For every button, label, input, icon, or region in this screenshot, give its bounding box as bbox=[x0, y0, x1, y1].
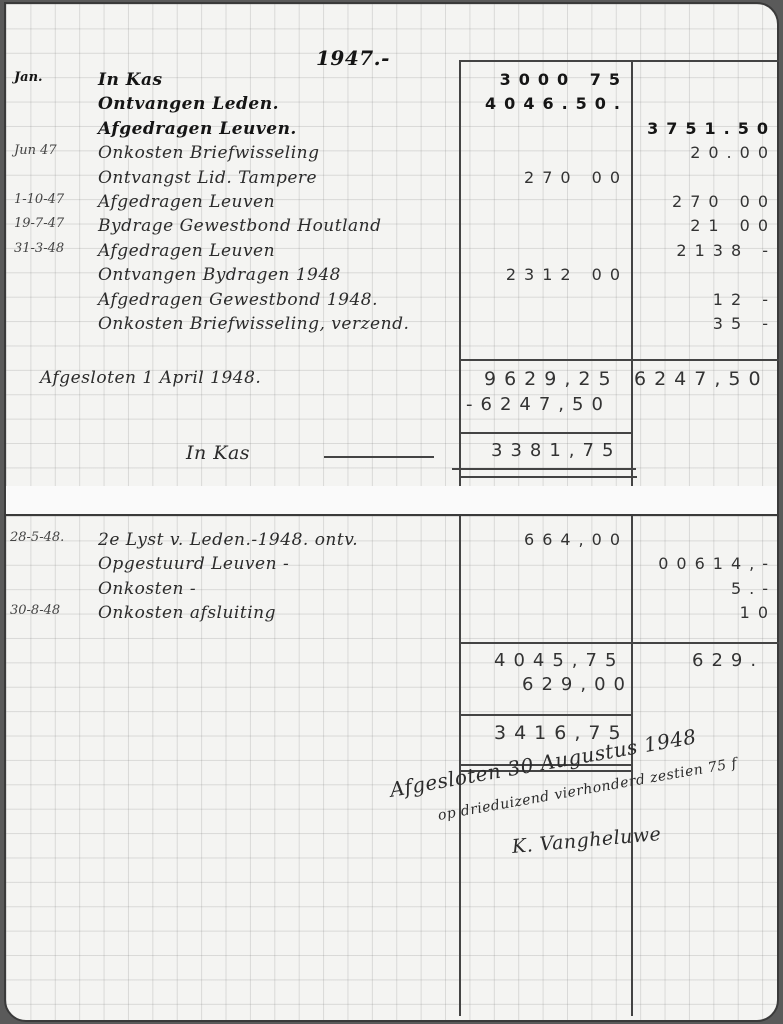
entry-credit: 20.00 bbox=[690, 143, 776, 162]
entry-date: 1-10-47 bbox=[14, 192, 64, 207]
signature: K. Vangheluwe bbox=[511, 823, 662, 858]
entry-description: Ontvangst Lid. Tampere bbox=[98, 168, 317, 188]
column-divider-credit bbox=[631, 516, 633, 1016]
double-rule-2 bbox=[459, 476, 637, 478]
entry-date: Jun 47 bbox=[14, 143, 57, 158]
entry-date: 28-5-48. bbox=[10, 530, 64, 545]
total-credit: 629. bbox=[692, 650, 764, 671]
subtraction-value: 629,00 bbox=[522, 674, 633, 695]
column-divider-debit bbox=[459, 60, 461, 510]
entry-description: Onkosten Briefwisseling, verzend. bbox=[98, 314, 409, 334]
balance-label: In Kas bbox=[186, 442, 250, 464]
double-rule-1 bbox=[452, 468, 636, 470]
balance-rule bbox=[459, 432, 631, 434]
column-divider-credit bbox=[631, 60, 633, 510]
entry-description: Afgedragen Leuven. bbox=[98, 119, 297, 139]
total-credit: 6247,50 bbox=[634, 368, 769, 390]
entry-debit: 270 00 bbox=[524, 168, 628, 187]
entry-credit: 5.- bbox=[731, 579, 776, 598]
entry-description: Bydrage Gewestbond Houtland bbox=[98, 216, 382, 236]
total-rule bbox=[459, 642, 779, 644]
entry-credit: 270 00 bbox=[672, 192, 776, 211]
entry-date: 30-8-48 bbox=[10, 603, 60, 618]
balance-leader-line bbox=[324, 456, 434, 458]
entry-debit: 664,00 bbox=[524, 530, 628, 549]
entry-credit: 21 00 bbox=[690, 216, 776, 235]
total-debit: 4045,75 bbox=[494, 650, 624, 671]
entry-credit: 2138 - bbox=[676, 241, 776, 260]
entry-credit: 10 bbox=[740, 603, 776, 622]
entry-description: Ontvangen Leden. bbox=[98, 94, 279, 114]
total-rule bbox=[459, 359, 779, 361]
entry-description: In Kas bbox=[98, 70, 163, 90]
total-debit: 9629,25 bbox=[484, 368, 619, 390]
entry-debit: 4046.50. bbox=[485, 94, 628, 113]
entry-description: 2e Lyst v. Leden.-1948. ontv. bbox=[98, 530, 358, 550]
entry-date: 31-3-48 bbox=[14, 241, 64, 256]
entry-credit: 3751.50 bbox=[647, 119, 776, 138]
entry-description: Ontvangen Bydragen 1948 bbox=[98, 265, 341, 285]
entry-description: Afgedragen Gewestbond 1948. bbox=[98, 290, 378, 310]
entry-date: Jan. bbox=[14, 70, 43, 85]
entry-description: Onkosten - bbox=[98, 579, 196, 599]
entry-debit: 3000 75 bbox=[500, 70, 628, 89]
balance-rule bbox=[459, 714, 631, 716]
entry-description: Afgedragen Leuven bbox=[98, 241, 275, 261]
entry-description: Opgestuurd Leuven - bbox=[98, 554, 289, 574]
entry-credit: 00614,- bbox=[658, 554, 776, 573]
entry-debit: 2312 00 bbox=[506, 265, 628, 284]
entry-description: Onkosten afsluiting bbox=[98, 603, 276, 623]
entry-description: Onkosten Briefwisseling bbox=[98, 143, 320, 163]
entry-description: Afgedragen Leuven bbox=[98, 192, 275, 212]
balance-value: 3381,75 bbox=[491, 440, 621, 461]
closing-label: Afgesloten 1 April 1948. bbox=[40, 368, 261, 388]
year-heading: 1947.- bbox=[316, 46, 390, 70]
header-rule bbox=[459, 60, 779, 62]
subtraction-value: -6247,50 bbox=[466, 394, 611, 415]
entry-credit: 35 - bbox=[713, 314, 776, 333]
entry-date: 19-7-47 bbox=[14, 216, 64, 231]
ledger-page-bottom: 28-5-48.2e Lyst v. Leden.-1948. ontv.664… bbox=[4, 514, 779, 1022]
ledger-page-top: 1947.- Jan.In Kas3000 75Ontvangen Leden.… bbox=[4, 2, 779, 517]
entry-credit: 12 - bbox=[713, 290, 776, 309]
